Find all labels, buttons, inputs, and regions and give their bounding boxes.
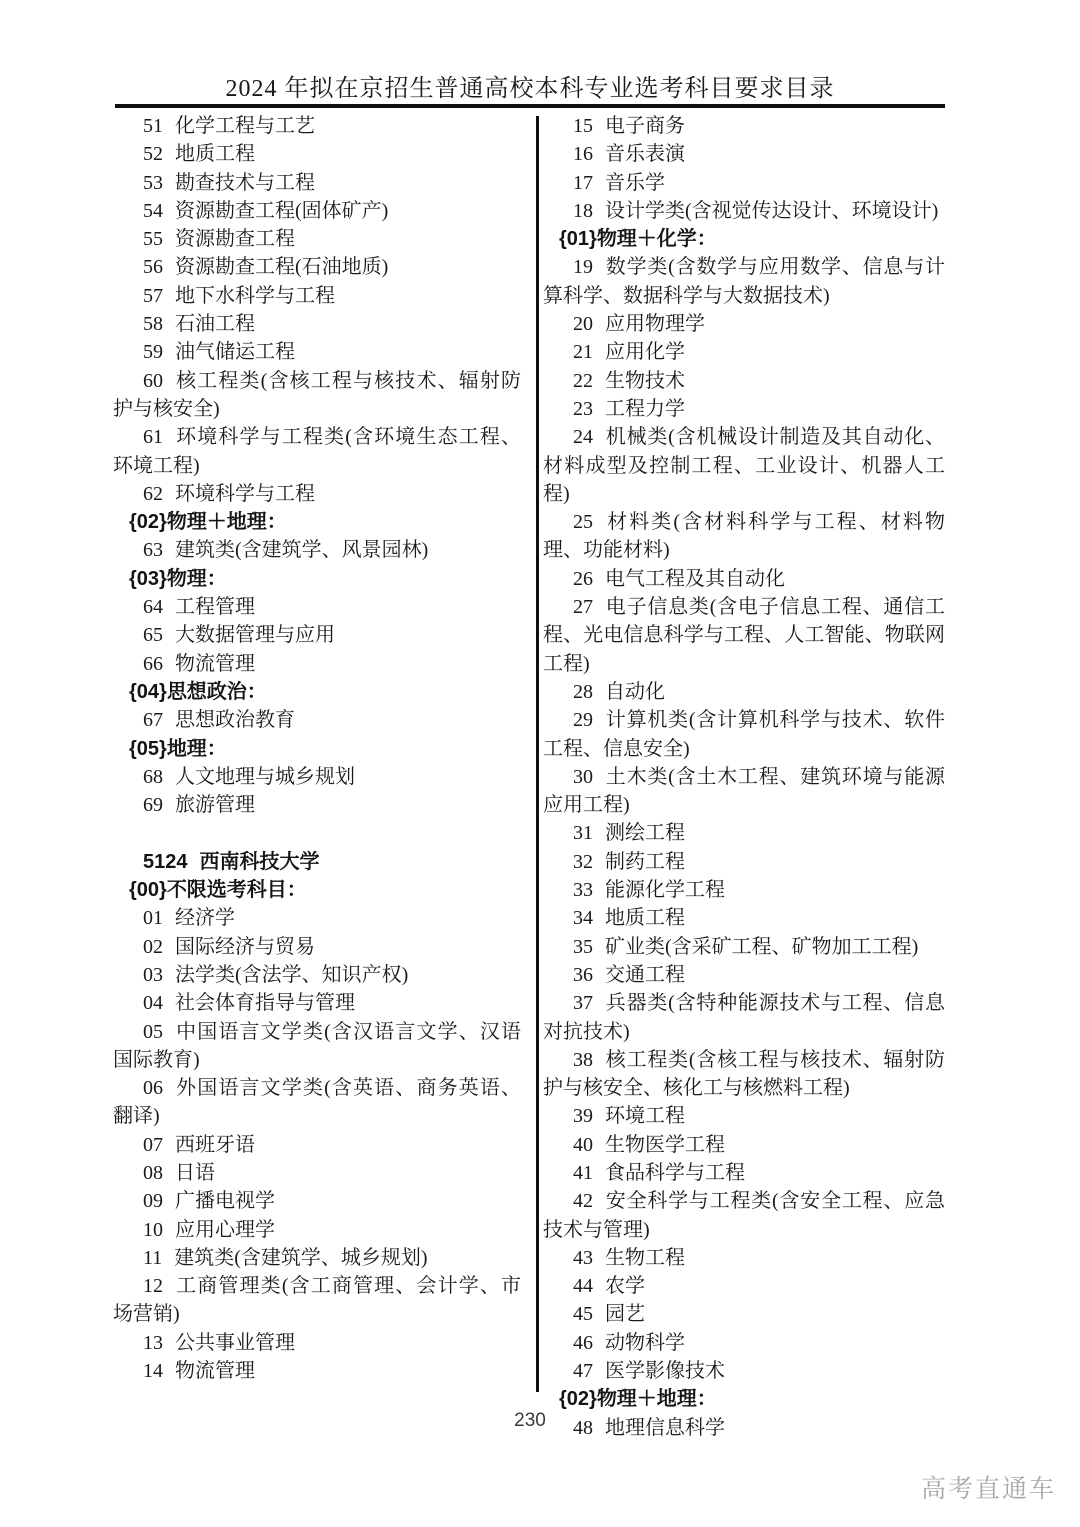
major-code: 30: [573, 766, 593, 788]
major-code: 34: [573, 907, 593, 929]
major-name: 环境科学与工程: [175, 483, 315, 505]
major-code: 43: [573, 1247, 593, 1269]
section-code: {02}: [559, 1388, 597, 1410]
major-item: 01经济学: [113, 904, 521, 932]
major-code: 38: [573, 1049, 593, 1071]
major-name: 大数据管理与应用: [175, 624, 335, 646]
major-name: 园艺: [605, 1303, 645, 1325]
subject-section-header: {00}不限选考科目：: [113, 876, 521, 904]
major-item: 65大数据管理与应用: [113, 621, 521, 649]
major-code: 69: [143, 794, 163, 816]
major-name: 测绘工程: [605, 822, 685, 844]
major-item: 64工程管理: [113, 593, 521, 621]
major-item: 51化学工程与工艺: [113, 112, 521, 140]
subject-section-header: {04}思想政治：: [113, 678, 521, 706]
major-item: 23工程力学: [543, 395, 945, 423]
major-item: 27电子信息类(含电子信息工程、通信工程、光电信息科学与工程、人工智能、物联网工…: [543, 593, 945, 678]
major-item: 22生物技术: [543, 367, 945, 395]
major-item: 04社会体育指导与管理: [113, 989, 521, 1017]
major-code: 51: [143, 115, 163, 137]
major-name: 设计学类(含视觉传达设计、环境设计): [605, 200, 938, 222]
major-item: 16音乐表演: [543, 140, 945, 168]
major-code: 08: [143, 1162, 163, 1184]
major-name: 农学: [605, 1275, 645, 1297]
major-code: 25: [573, 511, 593, 533]
major-code: 21: [573, 341, 593, 363]
university-code: 5124: [143, 851, 188, 873]
major-item: 29计算机类(含计算机科学与技术、软件工程、信息安全): [543, 706, 945, 763]
major-name: 工程管理: [175, 596, 255, 618]
major-code: 01: [143, 907, 163, 929]
title-rule: [115, 104, 945, 108]
major-item: 63建筑类(含建筑学、风景园林): [113, 536, 521, 564]
major-code: 24: [573, 426, 593, 448]
major-item: 37兵器类(含特种能源技术与工程、信息对抗技术): [543, 989, 945, 1046]
column-divider: [536, 116, 539, 1392]
major-item: 68人文地理与城乡规划: [113, 763, 521, 791]
major-item: 34地质工程: [543, 904, 945, 932]
major-code: 07: [143, 1134, 163, 1156]
section-label: 物理＋化学：: [597, 228, 717, 250]
major-name: 勘查技术与工程: [175, 172, 315, 194]
major-code: 22: [573, 370, 593, 392]
major-name: 核工程类(含核工程与核技术、辐射防护与核安全): [113, 370, 521, 420]
major-item: 17音乐学: [543, 169, 945, 197]
major-code: 47: [573, 1360, 593, 1382]
major-code: 11: [143, 1247, 162, 1269]
major-code: 61: [143, 426, 163, 448]
spacer: [113, 819, 521, 847]
major-code: 36: [573, 964, 593, 986]
section-label: 地理：: [167, 738, 227, 760]
major-code: 27: [573, 596, 593, 618]
major-item: 30土木类(含土木工程、建筑环境与能源应用工程): [543, 763, 945, 820]
major-item: 11建筑类(含建筑学、城乡规划): [113, 1244, 521, 1272]
major-item: 60核工程类(含核工程与核技术、辐射防护与核安全): [113, 367, 521, 424]
major-name: 能源化学工程: [605, 879, 725, 901]
major-name: 公共事业管理: [175, 1332, 295, 1354]
major-name: 制药工程: [605, 851, 685, 873]
section-code: {05}: [129, 738, 167, 760]
major-name: 油气储运工程: [175, 341, 295, 363]
major-code: 17: [573, 172, 593, 194]
major-code: 12: [143, 1275, 163, 1297]
major-item: 42安全科学与工程类(含安全工程、应急技术与管理): [543, 1187, 945, 1244]
major-code: 09: [143, 1190, 163, 1212]
major-item: 61环境科学与工程类(含环境生态工程、环境工程): [113, 423, 521, 480]
major-name: 物流管理: [175, 1360, 255, 1382]
page-number: 230: [115, 1410, 945, 1432]
major-item: 54资源勘查工程(固体矿产): [113, 197, 521, 225]
major-name: 日语: [175, 1162, 215, 1184]
major-code: 63: [143, 539, 163, 561]
major-name: 应用物理学: [605, 313, 705, 335]
major-name: 旅游管理: [175, 794, 255, 816]
major-name: 资源勘查工程(石油地质): [175, 256, 388, 278]
major-code: 57: [143, 285, 163, 307]
major-item: 59油气储运工程: [113, 338, 521, 366]
major-code: 59: [143, 341, 163, 363]
major-item: 39环境工程: [543, 1102, 945, 1130]
major-name: 电气工程及其自动化: [605, 568, 785, 590]
major-code: 67: [143, 709, 163, 731]
major-name: 外国语言文学类(含英语、商务英语、翻译): [113, 1077, 521, 1127]
major-name: 应用心理学: [175, 1219, 275, 1241]
major-name: 自动化: [605, 681, 665, 703]
major-name: 工商管理类(含工商管理、会计学、市场营销): [113, 1275, 521, 1325]
major-item: 14物流管理: [113, 1357, 521, 1385]
major-item: 08日语: [113, 1159, 521, 1187]
major-item: 12工商管理类(含工商管理、会计学、市场营销): [113, 1272, 521, 1329]
major-name: 法学类(含法学、知识产权): [175, 964, 408, 986]
major-code: 18: [573, 200, 593, 222]
major-item: 28自动化: [543, 678, 945, 706]
major-code: 39: [573, 1105, 593, 1127]
major-name: 电子信息类(含电子信息工程、通信工程、光电信息科学与工程、人工智能、物联网工程): [543, 596, 945, 675]
major-item: 62环境科学与工程: [113, 480, 521, 508]
major-name: 材料类(含材料科学与工程、材料物理、功能材料): [543, 511, 945, 561]
left-column: 51化学工程与工艺52地质工程53勘查技术与工程54资源勘查工程(固体矿产)55…: [113, 112, 521, 1385]
major-item: 67思想政治教育: [113, 706, 521, 734]
major-name: 广播电视学: [175, 1190, 275, 1212]
major-item: 58石油工程: [113, 310, 521, 338]
major-name: 动物科学: [605, 1332, 685, 1354]
major-name: 计算机类(含计算机科学与技术、软件工程、信息安全): [543, 709, 945, 759]
major-name: 电子商务: [605, 115, 685, 137]
major-item: 09广播电视学: [113, 1187, 521, 1215]
major-item: 10应用心理学: [113, 1216, 521, 1244]
section-label: 物理＋地理：: [597, 1388, 717, 1410]
major-item: 24机械类(含机械设计制造及其自动化、材料成型及控制工程、工业设计、机器人工程): [543, 423, 945, 508]
major-name: 人文地理与城乡规划: [175, 766, 355, 788]
major-code: 16: [573, 143, 593, 165]
major-item: 53勘查技术与工程: [113, 169, 521, 197]
major-code: 04: [143, 992, 163, 1014]
major-code: 37: [573, 992, 593, 1014]
major-item: 25材料类(含材料科学与工程、材料物理、功能材料): [543, 508, 945, 565]
major-code: 29: [573, 709, 593, 731]
major-item: 35矿业类(含采矿工程、矿物加工工程): [543, 933, 945, 961]
major-item: 03法学类(含法学、知识产权): [113, 961, 521, 989]
university-name: 西南科技大学: [200, 851, 320, 873]
document-page: { "header": { "title": "2024 年拟在京招生普通高校本…: [0, 0, 1080, 1527]
university-header: 5124西南科技大学: [113, 848, 521, 876]
major-code: 05: [143, 1021, 163, 1043]
major-code: 58: [143, 313, 163, 335]
major-item: 69旅游管理: [113, 791, 521, 819]
major-item: 46动物科学: [543, 1329, 945, 1357]
major-name: 医学影像技术: [605, 1360, 725, 1382]
major-code: 60: [143, 370, 163, 392]
major-name: 土木类(含土木工程、建筑环境与能源应用工程): [543, 766, 945, 816]
major-item: 47医学影像技术: [543, 1357, 945, 1385]
major-item: 20应用物理学: [543, 310, 945, 338]
major-code: 46: [573, 1332, 593, 1354]
major-code: 62: [143, 483, 163, 505]
major-item: 40生物医学工程: [543, 1131, 945, 1159]
section-code: {04}: [129, 681, 167, 703]
major-name: 地质工程: [175, 143, 255, 165]
major-item: 18设计学类(含视觉传达设计、环境设计): [543, 197, 945, 225]
major-item: 45园艺: [543, 1300, 945, 1328]
section-label: 物理：: [167, 568, 227, 590]
major-name: 生物工程: [605, 1247, 685, 1269]
major-item: 31测绘工程: [543, 819, 945, 847]
section-label: 物理＋地理：: [167, 511, 287, 533]
major-name: 数学类(含数学与应用数学、信息与计算科学、数据科学与大数据技术): [543, 256, 945, 306]
major-name: 国际经济与贸易: [175, 936, 315, 958]
major-code: 15: [573, 115, 593, 137]
major-name: 机械类(含机械设计制造及其自动化、材料成型及控制工程、工业设计、机器人工程): [543, 426, 945, 505]
major-code: 20: [573, 313, 593, 335]
major-code: 23: [573, 398, 593, 420]
major-item: 57地下水科学与工程: [113, 282, 521, 310]
major-item: 41食品科学与工程: [543, 1159, 945, 1187]
major-name: 西班牙语: [175, 1134, 255, 1156]
major-code: 54: [143, 200, 163, 222]
watermark: 高考直通车: [921, 1469, 1056, 1505]
major-code: 66: [143, 653, 163, 675]
major-code: 26: [573, 568, 593, 590]
major-name: 应用化学: [605, 341, 685, 363]
major-item: 66物流管理: [113, 650, 521, 678]
major-name: 环境科学与工程类(含环境生态工程、环境工程): [113, 426, 521, 476]
major-code: 52: [143, 143, 163, 165]
major-name: 物流管理: [175, 653, 255, 675]
major-item: 13公共事业管理: [113, 1329, 521, 1357]
major-code: 14: [143, 1360, 163, 1382]
major-name: 音乐学: [605, 172, 665, 194]
major-code: 56: [143, 256, 163, 278]
major-item: 44农学: [543, 1272, 945, 1300]
major-name: 建筑类(含建筑学、城乡规划): [174, 1247, 427, 1269]
major-code: 10: [143, 1219, 163, 1241]
major-name: 化学工程与工艺: [175, 115, 315, 137]
major-item: 19数学类(含数学与应用数学、信息与计算科学、数据科学与大数据技术): [543, 253, 945, 310]
major-name: 兵器类(含特种能源技术与工程、信息对抗技术): [543, 992, 945, 1042]
major-code: 06: [143, 1077, 163, 1099]
major-item: 38核工程类(含核工程与核技术、辐射防护与核安全、核化工与核燃料工程): [543, 1046, 945, 1103]
major-code: 41: [573, 1162, 593, 1184]
major-code: 53: [143, 172, 163, 194]
major-code: 65: [143, 624, 163, 646]
major-code: 03: [143, 964, 163, 986]
major-item: 52地质工程: [113, 140, 521, 168]
page-title: 2024 年拟在京招生普通高校本科专业选考科目要求目录: [115, 68, 945, 103]
major-item: 05中国语言文学类(含汉语言文学、汉语国际教育): [113, 1018, 521, 1075]
section-code: {00}: [129, 879, 167, 901]
major-name: 经济学: [175, 907, 235, 929]
major-code: 35: [573, 936, 593, 958]
major-item: 15电子商务: [543, 112, 945, 140]
section-code: {01}: [559, 228, 597, 250]
section-code: {02}: [129, 511, 167, 533]
major-item: 36交通工程: [543, 961, 945, 989]
right-column: 15电子商务16音乐表演17音乐学18设计学类(含视觉传达设计、环境设计){01…: [543, 112, 945, 1442]
major-code: 28: [573, 681, 593, 703]
major-name: 环境工程: [605, 1105, 685, 1127]
section-code: {03}: [129, 568, 167, 590]
major-name: 音乐表演: [605, 143, 685, 165]
major-item: 02国际经济与贸易: [113, 933, 521, 961]
major-name: 地下水科学与工程: [175, 285, 335, 307]
major-name: 安全科学与工程类(含安全工程、应急技术与管理): [543, 1190, 945, 1240]
major-code: 45: [573, 1303, 593, 1325]
major-item: 32制药工程: [543, 848, 945, 876]
major-name: 石油工程: [175, 313, 255, 335]
major-name: 思想政治教育: [175, 709, 295, 731]
major-code: 13: [143, 1332, 163, 1354]
major-name: 资源勘查工程(固体矿产): [175, 200, 388, 222]
major-name: 工程力学: [605, 398, 685, 420]
major-item: 55资源勘查工程: [113, 225, 521, 253]
major-code: 55: [143, 228, 163, 250]
major-code: 19: [573, 256, 593, 278]
major-name: 社会体育指导与管理: [175, 992, 355, 1014]
major-code: 42: [573, 1190, 593, 1212]
major-item: 21应用化学: [543, 338, 945, 366]
subject-section-header: {05}地理：: [113, 735, 521, 763]
major-code: 33: [573, 879, 593, 901]
major-name: 地质工程: [605, 907, 685, 929]
major-code: 64: [143, 596, 163, 618]
major-item: 26电气工程及其自动化: [543, 565, 945, 593]
major-name: 食品科学与工程: [605, 1162, 745, 1184]
major-name: 资源勘查工程: [175, 228, 295, 250]
major-name: 生物技术: [605, 370, 685, 392]
major-name: 核工程类(含核工程与核技术、辐射防护与核安全、核化工与核燃料工程): [543, 1049, 945, 1099]
subject-section-header: {03}物理：: [113, 565, 521, 593]
major-code: 40: [573, 1134, 593, 1156]
major-name: 生物医学工程: [605, 1134, 725, 1156]
major-code: 68: [143, 766, 163, 788]
major-item: 43生物工程: [543, 1244, 945, 1272]
major-name: 矿业类(含采矿工程、矿物加工工程): [605, 936, 918, 958]
major-code: 02: [143, 936, 163, 958]
major-item: 06外国语言文学类(含英语、商务英语、翻译): [113, 1074, 521, 1131]
section-label: 思想政治：: [167, 681, 267, 703]
subject-section-header: {02}物理＋地理：: [113, 508, 521, 536]
major-name: 建筑类(含建筑学、风景园林): [175, 539, 428, 561]
major-item: 07西班牙语: [113, 1131, 521, 1159]
major-item: 56资源勘查工程(石油地质): [113, 253, 521, 281]
major-code: 31: [573, 822, 593, 844]
major-code: 32: [573, 851, 593, 873]
subject-section-header: {01}物理＋化学：: [543, 225, 945, 253]
major-name: 交通工程: [605, 964, 685, 986]
section-label: 不限选考科目：: [167, 879, 307, 901]
major-name: 中国语言文学类(含汉语言文学、汉语国际教育): [113, 1021, 521, 1071]
major-code: 44: [573, 1275, 593, 1297]
major-item: 33能源化学工程: [543, 876, 945, 904]
